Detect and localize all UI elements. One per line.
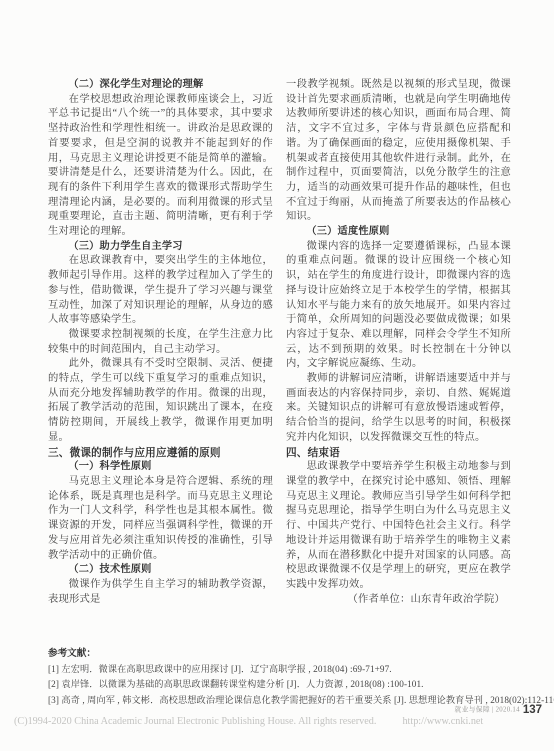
- copyright-footer: (C)1994-2020 China Academic Journal Elec…: [14, 716, 540, 727]
- subsection-heading-2: （二）深化学生对理论的理解: [48, 78, 273, 93]
- paragraph-continuation: 一段教学视频。既然是以视频的形式呈现，微课设计首先要求画质清晰，也就是向学生明确…: [286, 78, 511, 225]
- journal-name-label: 就业与保障 | 2020.14: [454, 706, 519, 713]
- article-body: （二）深化学生对理论的理解 在学校思想政治理论课教师座谈会上，习近平总书记提出“…: [48, 78, 511, 607]
- subsection-heading-3: （三）助力学生自主学习: [48, 240, 273, 255]
- subsection-heading-1: （一）科学性原则: [48, 460, 273, 475]
- paragraph: 思政课教学中要培养学生积极主动地参与到课堂的教学中，在探究讨论中感知、领悟、理解…: [286, 460, 511, 592]
- paragraph: 在学校思想政治理论课教师座谈会上，习近平总书记提出“八个统一”的具体要求，其中要…: [48, 93, 273, 240]
- paragraph: 微课作为供学生自主学习的辅助教学资源，表现形式是: [48, 578, 273, 607]
- paragraph: 在思政课教育中，要突出学生的主体地位，教师起引导作用。这样的教学过程加入了学生的…: [48, 254, 273, 328]
- left-column: （二）深化学生对理论的理解 在学校思想政治理论课教师座谈会上，习近平总书记提出“…: [48, 78, 273, 607]
- paragraph: 马克思主义理论本身是符合逻辑、系统的理论体系，既是真理也是科学。而马克思主义理论…: [48, 475, 273, 563]
- journal-page: （二）深化学生对理论的理解 在学校思想政治理论课教师座谈会上，习近平总书记提出“…: [0, 0, 554, 751]
- paragraph: 此外，微课具有不受时空限制、灵活、便捷的特点，学生可以线下重复学习的重难点知识，…: [48, 357, 273, 445]
- references-section: 参考文献： [1] 左宏明．微课在高职思政课中的应用探讨 [J]．辽宁高职学报 …: [48, 646, 523, 708]
- subsection-heading-3b: （三）适度性原则: [286, 225, 511, 240]
- reference-item: [3] 高奇 , 周向军 , 韩文彬．高校思想政治理论课信息化教学需把握好的若干…: [48, 693, 523, 709]
- right-column: 一段教学视频。既然是以视频的形式呈现，微课设计首先要求画质清晰，也就是向学生明确…: [286, 78, 511, 607]
- section-heading-4: 四、结束语: [286, 446, 511, 461]
- copyright-text: (C)1994-2020 China Academic Journal Elec…: [14, 716, 376, 727]
- footer-url: http://www.cnki.net: [402, 716, 483, 727]
- paragraph: 微课内容的选择一定要遵循课标，凸显本课的重难点问题。微课的设计应围绕一个核心知识…: [286, 240, 511, 372]
- page-number: 137: [523, 704, 542, 716]
- paragraph: 教师的讲解词应清晰，讲解语速要适中并与画面表达的内容保持同步，亲切、自然、娓娓道…: [286, 372, 511, 446]
- subsection-heading-2b: （二）技术性原则: [48, 563, 273, 578]
- section-heading-3: 三、微课的制作与应用应遵循的原则: [48, 446, 273, 461]
- references-heading: 参考文献：: [48, 646, 523, 662]
- reference-item: [1] 左宏明．微课在高职思政课中的应用探讨 [J]．辽宁高职学报 , 2018…: [48, 662, 523, 678]
- paragraph: 微课要求控制视频的长度，在学生注意力比较集中的时间范围内，自己主动学习。: [48, 328, 273, 357]
- author-affiliation: （作者单位：山东青年政治学院）: [286, 593, 511, 608]
- reference-item: [2] 袁岸锋．以微课为基础的高职思政课翻转课堂构建分析 [J]．人力资源 , …: [48, 677, 523, 693]
